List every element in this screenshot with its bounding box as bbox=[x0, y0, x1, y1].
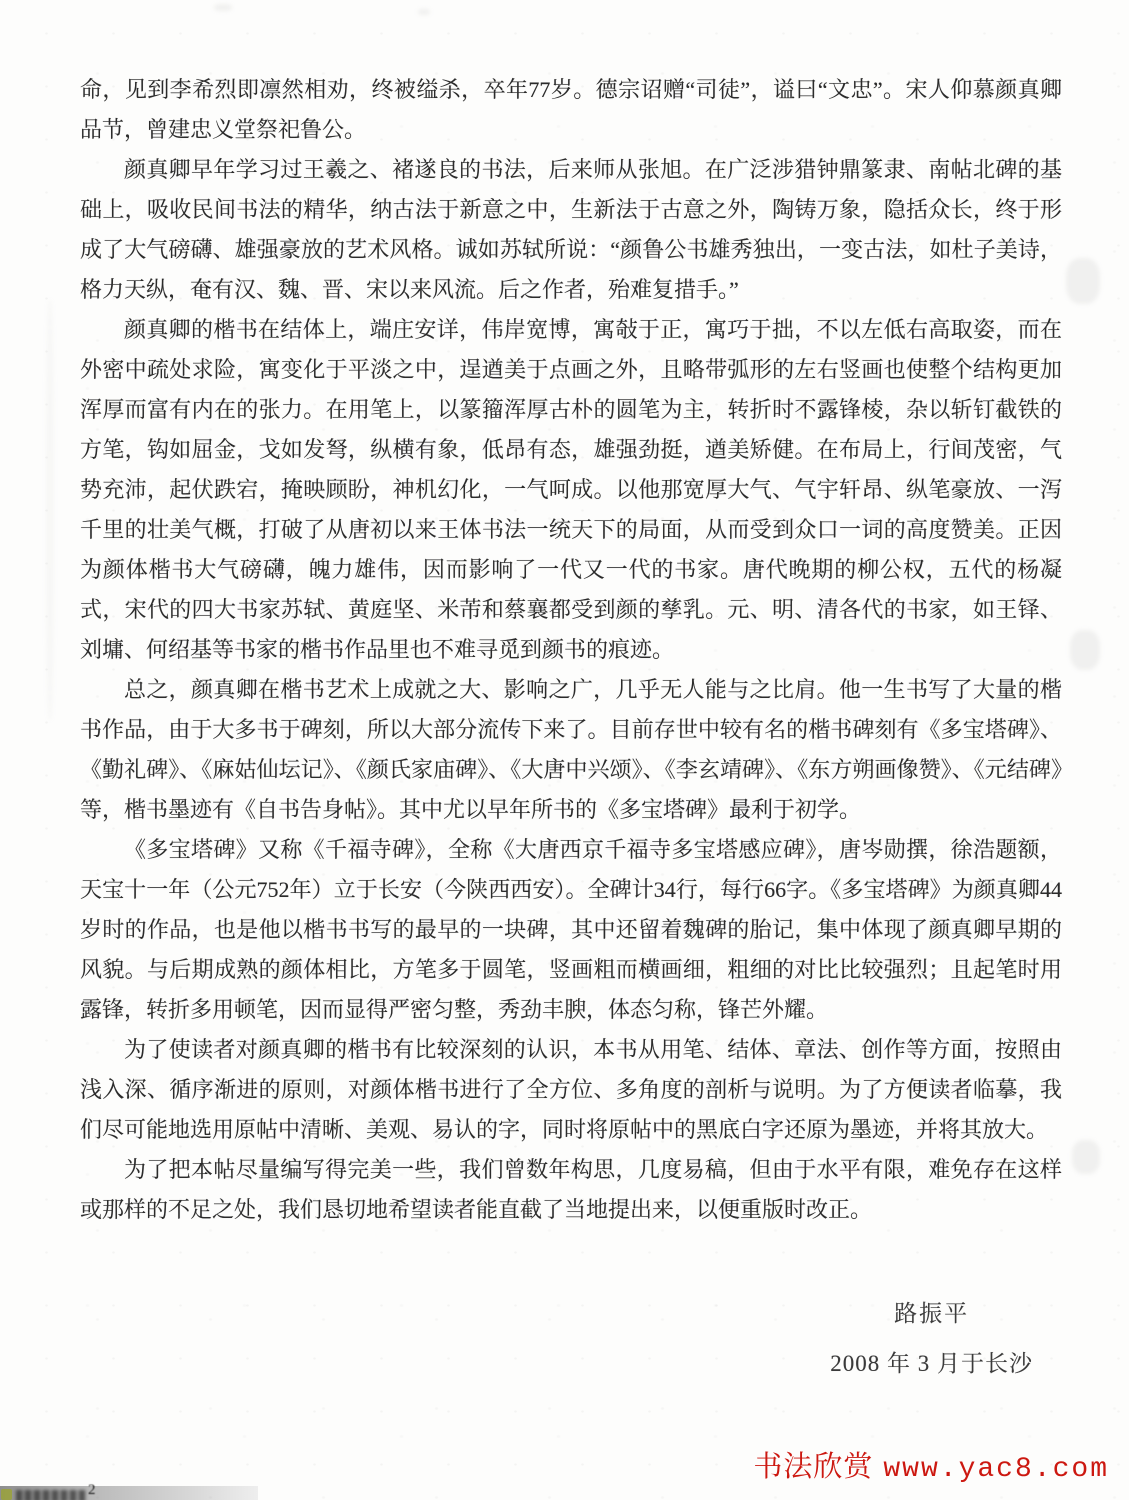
site-watermark: 书法欣赏www.yac8.com bbox=[753, 1444, 1109, 1485]
scan-smudge bbox=[418, 9, 430, 15]
watermark-site-name: 书法欣赏 bbox=[753, 1451, 873, 1483]
author-signature: 路振平 2008 年 3 月于长沙 bbox=[830, 1295, 1033, 1378]
paragraph: 颜真卿早年学习过王羲之、褚遂良的书法，后来师从张旭。在广泛涉猎钟鼎篆隶、南帖北碑… bbox=[80, 150, 1062, 310]
paragraph: 总之，颜真卿在楷书艺术上成就之大、影响之广，几乎无人能与之比肩。他一生书写了大量… bbox=[80, 670, 1062, 830]
author-name: 路振平 bbox=[830, 1295, 1033, 1328]
scan-smudge bbox=[214, 4, 232, 11]
paragraph: 为了把本帖尽量编写得完美一些，我们曾数年构思，几度易稿，但由于水平有限，难免存在… bbox=[80, 1150, 1062, 1230]
bottom-edge-bar: 2 bbox=[0, 1486, 258, 1500]
paragraph: 颜真卿的楷书在结体上，端庄安详，伟岸宽博，寓敧于正，寓巧于拙，不以左低右高取姿，… bbox=[80, 310, 1062, 670]
scan-smudge bbox=[46, 300, 54, 720]
paragraph: 为了使读者对颜真卿的楷书有比较深刻的认识，本书从用笔、结体、章法、创作等方面，按… bbox=[80, 1030, 1062, 1150]
cropped-page-fragment: 2 bbox=[88, 1482, 96, 1499]
signature-date: 2008 年 3 月于长沙 bbox=[830, 1345, 1033, 1378]
watermark-url: www.yac8.com bbox=[883, 1454, 1109, 1485]
illegible-text-smudge bbox=[16, 1490, 86, 1500]
scan-smudge bbox=[1070, 630, 1100, 670]
scan-smudge bbox=[1072, 1140, 1100, 1174]
paragraph: 《多宝塔碑》又称《千福寺碑》，全称《大唐西京千福寺多宝塔感应碑》，唐岑勋撰，徐浩… bbox=[80, 830, 1062, 1030]
cropped-icon bbox=[1, 1489, 12, 1500]
paragraph-continuation: 命，见到李希烈即凛然相劝，终被缢杀，卒年77岁。德宗诏赠“司徒”，谥曰“文忠”。… bbox=[80, 70, 1062, 150]
body-text: 命，见到李希烈即凛然相劝，终被缢杀，卒年77岁。德宗诏赠“司徒”，谥曰“文忠”。… bbox=[80, 70, 1062, 1230]
scanned-book-page: 命，见到李希烈即凛然相劝，终被缢杀，卒年77岁。德宗诏赠“司徒”，谥曰“文忠”。… bbox=[0, 0, 1129, 1500]
scan-smudge bbox=[1066, 258, 1100, 304]
